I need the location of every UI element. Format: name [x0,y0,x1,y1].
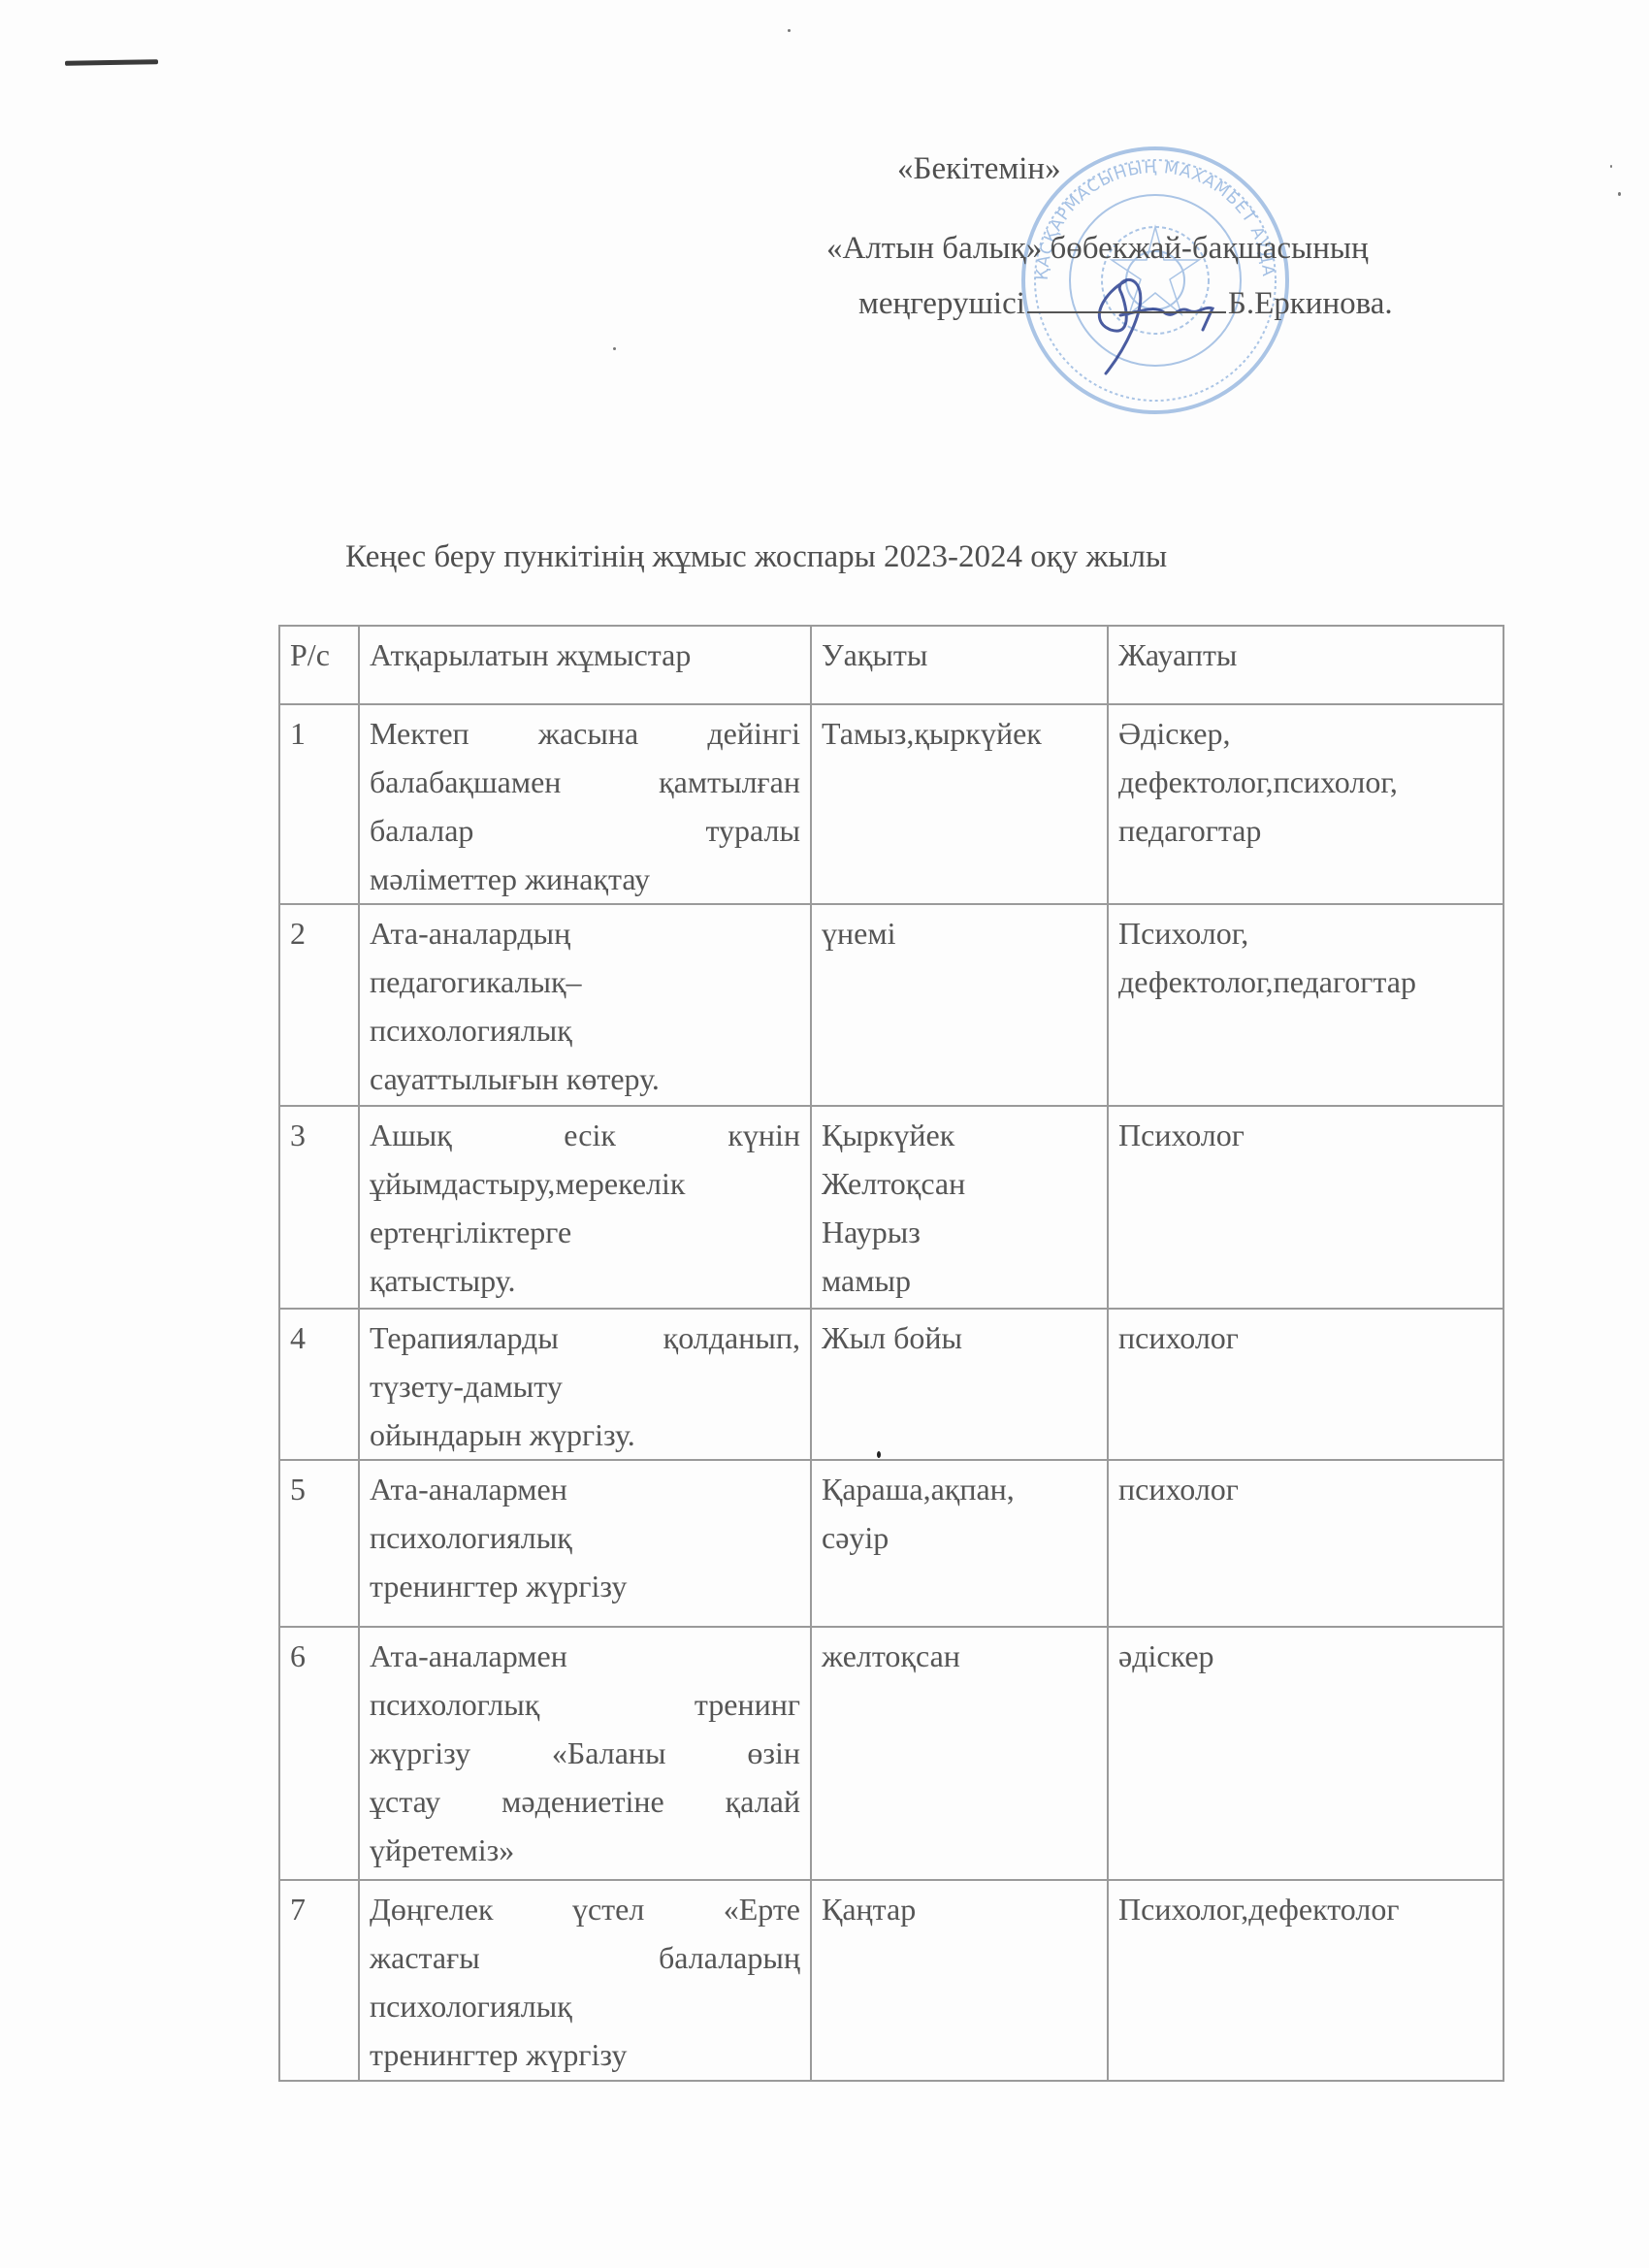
time-cell: Жыл бойы [811,1309,1108,1460]
row-number: 4 [279,1309,359,1460]
work-cell-line: ойындарын жүргізу. [370,1410,800,1459]
time-cell: желтоқсан [811,1627,1108,1880]
time-cell-line: Қаңтар [822,1885,1097,1933]
time-cell-line: Жыл бойы [822,1313,1097,1362]
responsible-cell-line: психолог [1118,1313,1493,1362]
table-row: 6Ата-аналарменпсихологлық тренингжүргізу… [279,1627,1503,1880]
work-cell-line: ертеңгіліктерге [370,1208,800,1256]
table-row: 2Ата-аналардыңпедагогикалық–психологиялы… [279,904,1503,1106]
row-number: 1 [279,704,359,904]
work-cell-line: тренингтер жүргізу [370,2030,800,2079]
table-row: 7Дөңгелек үстел «Ертежастағы балаларыңпс… [279,1880,1503,2081]
work-cell: Ата-аналарменпсихологиялықтренингтер жүр… [359,1460,811,1627]
work-cell-line: психологиялық [370,1982,800,2030]
work-cell: Ата-аналарменпсихологлық тренингжүргізу … [359,1627,811,1880]
table-header-row: Р/с Атқарылатын жұмыстар Уақыты Жауапты [279,626,1503,704]
table-row: 4Терапияларды қолданып,түзету-дамытуойын… [279,1309,1503,1460]
time-cell-line: мамыр [822,1256,1097,1305]
scan-speck [1610,165,1612,168]
work-cell-line: жүргізу «Баланы өзін [370,1729,800,1777]
row-number: 3 [279,1106,359,1309]
responsible-cell-line: дефектолог,психолог, [1118,758,1493,806]
responsible-cell: әдіскер [1108,1627,1503,1880]
table-row: 5Ата-аналарменпсихологиялықтренингтер жү… [279,1460,1503,1627]
head-title: меңгерушісі [858,286,1025,321]
work-cell-line: педагогикалық– [370,957,800,1006]
work-cell-line: Ашық есік күнін [370,1111,800,1159]
responsible-cell-line: Әдіскер, [1118,709,1493,758]
time-cell: Тамыз,қыркүйек [811,704,1108,904]
responsible-cell: Психолог,дефектолог,педагогтар [1108,904,1503,1106]
time-cell: Қараша,ақпан,сәуір [811,1460,1108,1627]
time-cell-line: Қараша,ақпан, [822,1465,1097,1513]
work-cell-line: қатыстыру. [370,1256,800,1305]
scan-speck [1618,192,1621,196]
organization-name: «Алтын балық» бөбекжай-бақшасының [826,233,1369,265]
work-cell: Ата-аналардыңпедагогикалық–психологиялық… [359,904,811,1106]
time-cell: Қаңтар [811,1880,1108,2081]
time-cell: үнемі [811,904,1108,1106]
table-row: 1Мектеп жасына дейінгібалабақшамен қамты… [279,704,1503,904]
work-cell-line: Дөңгелек үстел «Ерте [370,1885,800,1933]
work-cell-line: мәліметтер жинақтау [370,855,800,903]
scan-speck [613,347,616,350]
scan-speck [788,29,791,32]
table-row: 3Ашық есік күнінұйымдастыру,мерекелікерт… [279,1106,1503,1309]
time-cell-line: Қыркүйек [822,1111,1097,1159]
work-cell-line: жастағы балаларың [370,1933,800,1982]
responsible-cell-line: педагогтар [1118,806,1493,855]
header-time: Уақыты [811,626,1108,704]
header-number: Р/с [279,626,359,704]
work-cell-line: балабақшамен қамтылған [370,758,800,806]
work-cell: Дөңгелек үстел «Ертежастағы балаларыңпси… [359,1880,811,2081]
time-cell-line: Наурыз [822,1208,1097,1256]
time-cell-line: сәуір [822,1513,1097,1562]
work-plan-table: Р/с Атқарылатын жұмыстар Уақыты Жауапты … [278,625,1504,2082]
work-cell-line: психологлық тренинг [370,1680,800,1729]
header-work: Атқарылатын жұмыстар [359,626,811,704]
responsible-cell: психолог [1108,1460,1503,1627]
signature-blank [1027,284,1226,313]
work-cell-line: психологиялық [370,1006,800,1054]
scan-artifact-mark [65,59,158,66]
responsible-cell-line: Психолог, [1118,909,1493,957]
work-cell: Терапияларды қолданып,түзету-дамытуойынд… [359,1309,811,1460]
work-cell: Ашық есік күнінұйымдастыру,мерекелікерте… [359,1106,811,1309]
row-number: 7 [279,1880,359,2081]
responsible-cell: Психолог [1108,1106,1503,1309]
work-cell-line: психологиялық [370,1513,800,1562]
time-cell-line: желтоқсан [822,1632,1097,1680]
responsible-cell-line: Психолог,дефектолог [1118,1885,1493,1933]
work-cell: Мектеп жасына дейінгібалабақшамен қамтыл… [359,704,811,904]
responsible-cell-line: психолог [1118,1465,1493,1513]
row-number: 6 [279,1627,359,1880]
work-cell-line: Ата-аналармен [370,1465,800,1513]
head-name: Б.Еркинова. [1228,286,1393,321]
head-signature-line: меңгерушісіБ.Еркинова. [858,284,1393,320]
row-number: 5 [279,1460,359,1627]
row-number: 2 [279,904,359,1106]
signature-icon [1067,262,1232,378]
time-cell-line: үнемі [822,909,1097,957]
responsible-cell-line: әдіскер [1118,1632,1493,1680]
responsible-cell-line: Психолог [1118,1111,1493,1159]
work-cell-line: Ата-аналармен [370,1632,800,1680]
work-cell-line: үйретеміз» [370,1826,800,1874]
time-cell: ҚыркүйекЖелтоқсанНаурызмамыр [811,1106,1108,1309]
document-title: Кеңес беру пункітінің жұмыс жоспары 2023… [345,539,1167,575]
time-cell-line: Тамыз,қыркүйек [822,709,1097,758]
responsible-cell: Әдіскер,дефектолог,психолог,педагогтар [1108,704,1503,904]
work-cell-line: сауаттылығын көтеру. [370,1054,800,1103]
responsible-cell-line: дефектолог,педагогтар [1118,957,1493,1006]
header-responsible: Жауапты [1108,626,1503,704]
work-cell-line: балалар туралы [370,806,800,855]
work-cell-line: түзету-дамыту [370,1362,800,1410]
work-cell-line: Терапияларды қолданып, [370,1313,800,1362]
time-cell-line: Желтоқсан [822,1159,1097,1208]
work-cell-line: тренингтер жүргізу [370,1562,800,1610]
work-cell-line: Мектеп жасына дейінгі [370,709,800,758]
responsible-cell: Психолог,дефектолог [1108,1880,1503,2081]
work-cell-line: ұйымдастыру,мерекелік [370,1159,800,1208]
responsible-cell: психолог [1108,1309,1503,1460]
approval-heading: «Бекітемін» [897,153,1061,185]
work-cell-line: ұстау мәдениетіне қалай [370,1777,800,1826]
work-cell-line: Ата-аналардың [370,909,800,957]
